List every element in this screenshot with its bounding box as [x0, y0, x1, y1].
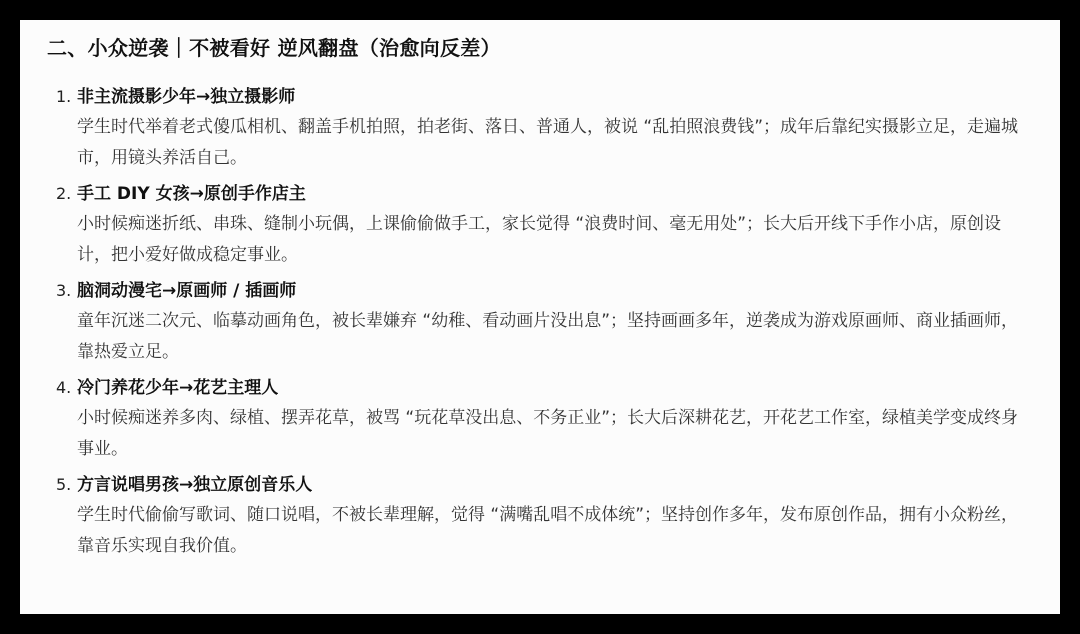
item-heading: 冷门养花少年→花艺主理人	[77, 373, 278, 403]
item-heading: 脑洞动漫宅→原画师 / 插画师	[77, 276, 296, 306]
story-list: 1. 非主流摄影少年→独立摄影师 学生时代举着老式傻瓜相机、翻盖手机拍照，拍老街…	[56, 82, 1036, 567]
item-heading: 方言说唱男孩→独立原创音乐人	[77, 470, 312, 500]
list-item-head: 2. 手工 DIY 女孩→原创手作店主	[56, 179, 1036, 209]
list-item-head: 4. 冷门养花少年→花艺主理人	[56, 373, 1036, 403]
list-item-head: 5. 方言说唱男孩→独立原创音乐人	[56, 470, 1036, 500]
item-heading: 手工 DIY 女孩→原创手作店主	[77, 179, 306, 209]
item-body: 学生时代偷偷写歌词、随口说唱，不被长辈理解，觉得 “满嘴乱唱不成体统”；坚持创作…	[77, 500, 1032, 562]
item-heading: 非主流摄影少年→独立摄影师	[77, 82, 295, 112]
item-body: 小时候痴迷折纸、串珠、缝制小玩偶，上课偷偷做手工，家长觉得 “浪费时间、毫无用处…	[77, 209, 1032, 271]
item-number: 3.	[56, 276, 77, 306]
item-number: 2.	[56, 179, 77, 209]
list-item-head: 3. 脑洞动漫宅→原画师 / 插画师	[56, 276, 1036, 306]
item-number: 5.	[56, 470, 77, 500]
list-item: 5. 方言说唱男孩→独立原创音乐人 学生时代偷偷写歌词、随口说唱，不被长辈理解，…	[56, 470, 1036, 562]
item-number: 1.	[56, 82, 77, 112]
list-item: 1. 非主流摄影少年→独立摄影师 学生时代举着老式傻瓜相机、翻盖手机拍照，拍老街…	[56, 82, 1036, 174]
item-body: 学生时代举着老式傻瓜相机、翻盖手机拍照，拍老街、落日、普通人，被说 “乱拍照浪费…	[77, 112, 1032, 174]
list-item: 3. 脑洞动漫宅→原画师 / 插画师 童年沉迷二次元、临摹动画角色，被长辈嫌弃 …	[56, 276, 1036, 368]
item-number: 4.	[56, 373, 77, 403]
list-item: 4. 冷门养花少年→花艺主理人 小时候痴迷养多肉、绿植、摆弄花草，被骂 “玩花草…	[56, 373, 1036, 465]
section-title: 二、小众逆袭｜不被看好 逆风翻盘（治愈向反差）	[47, 34, 501, 62]
document-panel: 二、小众逆袭｜不被看好 逆风翻盘（治愈向反差） 1. 非主流摄影少年→独立摄影师…	[20, 20, 1060, 614]
list-item: 2. 手工 DIY 女孩→原创手作店主 小时候痴迷折纸、串珠、缝制小玩偶，上课偷…	[56, 179, 1036, 271]
list-item-head: 1. 非主流摄影少年→独立摄影师	[56, 82, 1036, 112]
item-body: 小时候痴迷养多肉、绿植、摆弄花草，被骂 “玩花草没出息、不务正业”；长大后深耕花…	[77, 403, 1032, 465]
item-body: 童年沉迷二次元、临摹动画角色，被长辈嫌弃 “幼稚、看动画片没出息”；坚持画画多年…	[77, 306, 1032, 368]
